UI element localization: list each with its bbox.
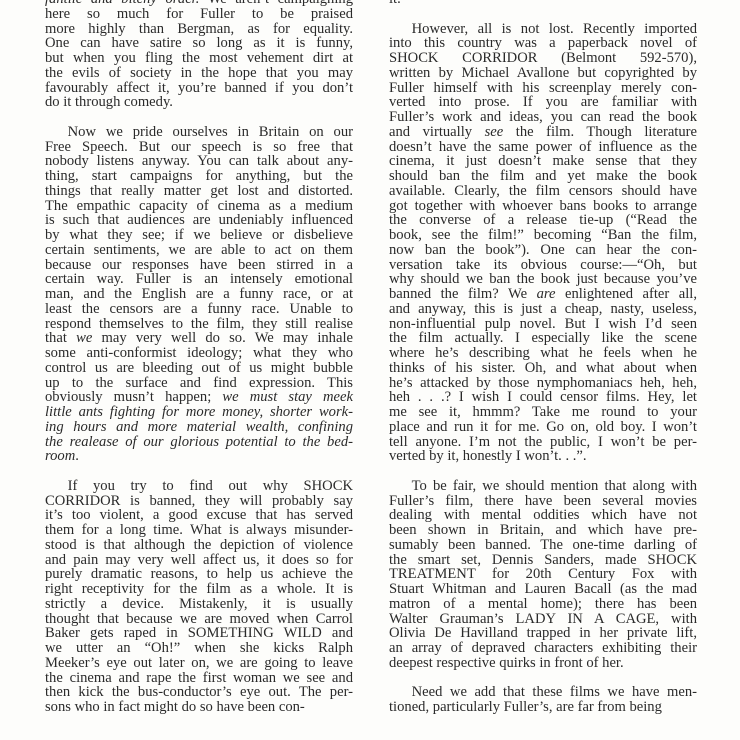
text-line: favourably affect it, you’re banned if y… bbox=[45, 81, 353, 96]
text-line: been shown in Britain, and which have pr… bbox=[389, 523, 697, 538]
text-line: dealing with mental oddities which have … bbox=[389, 508, 697, 523]
text-line: matron of a mental home); there has been bbox=[389, 597, 697, 612]
text-run: the smart set, Dennis Sanders, made SHOC… bbox=[389, 552, 697, 568]
text-line: and virtually see the film. Though liter… bbox=[389, 125, 697, 140]
text-run: why should we ban the book just because … bbox=[389, 271, 697, 287]
text-run: One can have satire so long as it is fun… bbox=[45, 35, 353, 51]
text-run: Now we pride ourselves in Britain on our bbox=[68, 124, 353, 140]
text-run: the cinema and rape the first woman we s… bbox=[45, 670, 353, 686]
text-run: However, all is not lost. Recently impor… bbox=[412, 21, 697, 37]
text-line: Need we add that these films we have men… bbox=[389, 685, 697, 700]
text-run: should ban the film and yet make the boo… bbox=[389, 168, 697, 184]
text-run: thought that because we are moved when C… bbox=[45, 611, 353, 627]
text-line: the realease of our glorious potential t… bbox=[45, 435, 353, 450]
text-run: verted by it, honestly I won’t. . .”. bbox=[389, 448, 587, 464]
text-run: he’s attacked by those nymphomaniacs heh… bbox=[389, 375, 697, 391]
text-line: tioned, particularly Fuller’s, are far f… bbox=[389, 700, 697, 715]
paragraph-p5: However, all is not lost. Recently impor… bbox=[389, 22, 697, 465]
text-line: Fuller’s work and ideas, you can read th… bbox=[389, 110, 697, 125]
text-run: If you try to find out why SHOCK bbox=[68, 478, 353, 494]
text-run: obviously musn’t happen; bbox=[45, 389, 222, 405]
text-line: some anti-conformist ideology; what they… bbox=[45, 346, 353, 361]
text-run: up to the surface and find expression. T… bbox=[45, 375, 353, 391]
text-line: the converse of a release tie-up (“Read … bbox=[389, 213, 697, 228]
text-run: CORRIDOR is banned, they will probably s… bbox=[45, 493, 353, 509]
text-line: purely dramatic reasons, to help us achi… bbox=[45, 567, 353, 582]
text-line: stood is that although the depiction of … bbox=[45, 538, 353, 553]
text-line: thinks of his sister. Oh, and what about… bbox=[389, 361, 697, 376]
text-run: nobody listens anyway. You can talk abou… bbox=[45, 153, 353, 169]
text-run: Free Speech. But our speech is so free t… bbox=[45, 139, 353, 155]
text-run: things that really matter get lost and d… bbox=[45, 183, 353, 199]
text-line: certain way. Fuller is an intensely emot… bbox=[45, 272, 353, 287]
text-line: banned the film? We are enlightened afte… bbox=[389, 287, 697, 302]
text-run: some anti-conformist ideology; what they… bbox=[45, 345, 353, 361]
text-line: Now we pride ourselves in Britain on our bbox=[45, 125, 353, 140]
text-run: Walter Grauman’s LADY IN A CAGE, with bbox=[389, 611, 697, 627]
text-run: sumably been banned. The one-time darlin… bbox=[389, 537, 697, 553]
text-line: Baker gets raped in SOMETHING WILD and bbox=[45, 626, 353, 641]
text-run: deepest respective quirks in front of he… bbox=[389, 655, 624, 671]
text-run: Fuller himself with his screenplay merel… bbox=[389, 80, 697, 96]
text-run: into this country was a paperback novel … bbox=[389, 35, 697, 51]
text-run: versation take its obvious course:—“Oh, … bbox=[389, 257, 697, 273]
paragraph-gap bbox=[389, 7, 697, 22]
text-run: do it through comedy. bbox=[45, 94, 173, 110]
text-line: sons who in fact might do so have been c… bbox=[45, 700, 353, 715]
text-line: the smart set, Dennis Sanders, made SHOC… bbox=[389, 553, 697, 568]
text-run: me see it, hmmm? Take me round to your bbox=[389, 404, 697, 420]
text-line: right receptivity for the film as a whol… bbox=[45, 582, 353, 597]
paragraph-p2: Now we pride ourselves in Britain on our… bbox=[45, 125, 353, 464]
text-line: Walter Grauman’s LADY IN A CAGE, with bbox=[389, 612, 697, 627]
italic-text: we bbox=[76, 330, 92, 346]
italic-text: ing hours and more material wealth, conf… bbox=[45, 419, 353, 435]
text-line: more highly than Bergman, as for equalit… bbox=[45, 22, 353, 37]
paragraph-gap bbox=[389, 671, 697, 686]
text-run: Olivia De Havilland trapped in her priva… bbox=[389, 625, 697, 641]
text-line: little ants fighting for more money, sho… bbox=[45, 405, 353, 420]
text-line: room. bbox=[45, 449, 353, 464]
text-line: thought that because we are moved when C… bbox=[45, 612, 353, 627]
text-line: me see it, hmmm? Take me round to your bbox=[389, 405, 697, 420]
text-line: deepest respective quirks in front of he… bbox=[389, 656, 697, 671]
paragraph-gap bbox=[45, 110, 353, 125]
text-line: cinema, it just doesn’t make sense that … bbox=[389, 154, 697, 169]
text-run: the evils of society in the hope that yo… bbox=[45, 65, 353, 81]
text-run: place and run it for me. Go on, old boy.… bbox=[389, 419, 697, 435]
text-line: non-influential pulp novel. But I wish I… bbox=[389, 317, 697, 332]
text-line: respond themselves to the film, they sti… bbox=[45, 317, 353, 332]
text-run: heh . . .? I wish I could censor films. … bbox=[389, 389, 697, 405]
text-run: the converse of a release tie-up (“Read … bbox=[389, 212, 697, 228]
text-line: doesn’t have the same power of influence… bbox=[389, 140, 697, 155]
text-run: more highly than Bergman, as for equalit… bbox=[45, 21, 353, 37]
text-line: nobody listens anyway. You can talk abou… bbox=[45, 154, 353, 169]
text-run: purely dramatic reasons, to help us achi… bbox=[45, 566, 353, 582]
text-run: where he’s describing what he feels when… bbox=[389, 345, 697, 361]
text-run: Baker gets raped in SOMETHING WILD and bbox=[45, 625, 353, 641]
text-line: To be fair, we should mention that along… bbox=[389, 479, 697, 494]
text-line: versation take its obvious course:—“Oh, … bbox=[389, 258, 697, 273]
text-run: enlightened after all, bbox=[555, 286, 697, 302]
text-line: should ban the film and yet make the boo… bbox=[389, 169, 697, 184]
text-line: Free Speech. But our speech is so free t… bbox=[45, 140, 353, 155]
text-run: . bbox=[75, 448, 79, 464]
text-run: that bbox=[45, 330, 76, 346]
text-run: tioned, particularly Fuller’s, are far f… bbox=[389, 699, 662, 715]
text-run: cinema, it just doesn’t make sense that … bbox=[389, 153, 697, 169]
text-run: and anyway, this is just a cheap, nasty,… bbox=[389, 301, 697, 317]
paragraph-p1: fantile and bitchy order. We aren’t camp… bbox=[45, 0, 353, 110]
text-run: written by Michael Avallone but copyrigh… bbox=[389, 65, 697, 81]
text-run: doesn’t have the same power of influence… bbox=[389, 139, 697, 155]
text-run: an array of depraved characters exhibiti… bbox=[389, 640, 697, 656]
text-run: Need we add that these films we have men… bbox=[412, 684, 697, 700]
text-run: book, see the film!” becoming “Ban the f… bbox=[389, 227, 697, 243]
text-run: Fuller’s film, there have been several m… bbox=[389, 493, 697, 509]
text-run: Fuller’s work and ideas, you can read th… bbox=[389, 109, 697, 125]
text-line: because our responses have been stirred … bbox=[45, 258, 353, 273]
text-line: up to the surface and find expression. T… bbox=[45, 376, 353, 391]
paragraph-p3: If you try to find out why SHOCKCORRIDOR… bbox=[45, 479, 353, 715]
text-line: is such that audiences are undeniably in… bbox=[45, 213, 353, 228]
text-line: obviously musn’t happen; we must stay me… bbox=[45, 390, 353, 405]
text-run: but when you fling the most vehement dir… bbox=[45, 50, 353, 66]
text-line: he’s attacked by those nymphomaniacs heh… bbox=[389, 376, 697, 391]
text-line: heh . . .? I wish I could censor films. … bbox=[389, 390, 697, 405]
text-run: Stuart Whitman and Lauren Bacall (as the… bbox=[389, 581, 697, 597]
text-line: place and run it for me. Go on, old boy.… bbox=[389, 420, 697, 435]
text-run: been shown in Britain, and which have pr… bbox=[389, 522, 697, 538]
text-line: do it through comedy. bbox=[45, 95, 353, 110]
text-line: but when you fling the most vehement dir… bbox=[45, 51, 353, 66]
text-line: Meeker’s eye out later on, we are going … bbox=[45, 656, 353, 671]
paragraph-p4: it. bbox=[389, 0, 697, 7]
text-run: then kick the bus-conductor’s eye out. T… bbox=[45, 684, 353, 700]
text-line: verted by it, honestly I won’t. . .”. bbox=[389, 449, 697, 464]
text-run: the film. Though literature bbox=[503, 124, 697, 140]
text-line: ing hours and more material wealth, conf… bbox=[45, 420, 353, 435]
text-line: the evils of society in the hope that yo… bbox=[45, 66, 353, 81]
text-run: available. Clearly, the film censors sho… bbox=[389, 183, 697, 199]
right-text-column: it.However, all is not lost. Recently im… bbox=[389, 0, 697, 715]
text-line: least the censors are a funny race. Unab… bbox=[45, 302, 353, 317]
text-line: an array of depraved characters exhibiti… bbox=[389, 641, 697, 656]
text-line: why should we ban the book just because … bbox=[389, 272, 697, 287]
text-run: dealing with mental oddities which have … bbox=[389, 507, 697, 523]
text-line: Fuller’s film, there have been several m… bbox=[389, 494, 697, 509]
italic-text: see bbox=[485, 124, 504, 140]
text-run: SHOCK CORRIDOR (Belmont 592-570), bbox=[389, 50, 697, 66]
text-run: got together with whoever bans books to … bbox=[389, 198, 697, 214]
italic-text: are bbox=[537, 286, 556, 302]
text-run: and pain may very well affect us, it doe… bbox=[45, 552, 353, 568]
text-run: thinks of his sister. Oh, and what about… bbox=[389, 360, 697, 376]
text-run: favourably affect it, you’re banned if y… bbox=[45, 80, 353, 96]
text-line: Stuart Whitman and Lauren Bacall (as the… bbox=[389, 582, 697, 597]
text-line: the film actually. I especially like the… bbox=[389, 331, 697, 346]
text-line: things that really matter get lost and d… bbox=[45, 184, 353, 199]
text-line: then kick the bus-conductor’s eye out. T… bbox=[45, 685, 353, 700]
text-run: sons who in fact might do so have been c… bbox=[45, 699, 305, 715]
text-run: right receptivity for the film as a whol… bbox=[45, 581, 353, 597]
paragraph-p7: Need we add that these films we have men… bbox=[389, 685, 697, 715]
text-line: certain sentiments, we are able to act o… bbox=[45, 243, 353, 258]
text-run: may very well do so. We may inhale bbox=[92, 330, 353, 346]
text-line: it’s too violent, a good excuse that has… bbox=[45, 508, 353, 523]
text-run: To be fair, we should mention that along… bbox=[412, 478, 697, 494]
text-run: Meeker’s eye out later on, we are going … bbox=[45, 655, 353, 671]
text-line: However, all is not lost. Recently impor… bbox=[389, 22, 697, 37]
text-line: that we may very well do so. We may inha… bbox=[45, 331, 353, 346]
text-line: into this country was a paperback novel … bbox=[389, 36, 697, 51]
italic-text: room bbox=[45, 448, 75, 464]
text-line: Olivia De Havilland trapped in her priva… bbox=[389, 626, 697, 641]
text-run: matron of a mental home); there has been bbox=[389, 596, 697, 612]
text-line: control us are bleeding out of us might … bbox=[45, 361, 353, 376]
text-line: written by Michael Avallone but copyrigh… bbox=[389, 66, 697, 81]
text-line: here so much for Fuller to be praised bbox=[45, 7, 353, 22]
text-run: respond themselves to the film, they sti… bbox=[45, 316, 353, 332]
text-run: here so much for Fuller to be praised bbox=[45, 6, 353, 22]
text-run: certain sentiments, we are able to act o… bbox=[45, 242, 353, 258]
text-run: man, and the English are a funny race, o… bbox=[45, 286, 353, 302]
text-line: verted into prose. If you are familiar w… bbox=[389, 95, 697, 110]
text-line: them for a long time. What is always mis… bbox=[45, 523, 353, 538]
text-run: because our responses have been stirred … bbox=[45, 257, 353, 273]
text-line: sumably been banned. The one-time darlin… bbox=[389, 538, 697, 553]
text-run: TREATMENT for 20th Century Fox with bbox=[389, 566, 697, 582]
text-run: by what they see; if we believe or disbe… bbox=[45, 227, 353, 243]
text-run: the film actually. I especially like the… bbox=[389, 330, 697, 346]
text-run: we utter an “Oh!” when she kicks Ralph bbox=[45, 640, 353, 656]
paragraph-gap bbox=[389, 464, 697, 479]
text-run: strictly a device. Mistakenly, it is usu… bbox=[45, 596, 353, 612]
text-line: strictly a device. Mistakenly, it is usu… bbox=[45, 597, 353, 612]
text-run: it. bbox=[389, 0, 401, 7]
text-run: certain way. Fuller is an intensely emot… bbox=[45, 271, 353, 287]
text-run: banned the film? We bbox=[389, 286, 537, 302]
text-line: we utter an “Oh!” when she kicks Ralph bbox=[45, 641, 353, 656]
text-line: by what they see; if we believe or disbe… bbox=[45, 228, 353, 243]
text-line: where he’s describing what he feels when… bbox=[389, 346, 697, 361]
text-run: non-influential pulp novel. But I wish I… bbox=[389, 316, 697, 332]
text-run: control us are bleeding out of us might … bbox=[45, 360, 353, 376]
text-run: and virtually bbox=[389, 124, 485, 140]
text-run: least the censors are a funny race. Unab… bbox=[45, 301, 353, 317]
text-line: available. Clearly, the film censors sho… bbox=[389, 184, 697, 199]
text-line: SHOCK CORRIDOR (Belmont 592-570), bbox=[389, 51, 697, 66]
text-line: book, see the film!” becoming “Ban the f… bbox=[389, 228, 697, 243]
paragraph-p6: To be fair, we should mention that along… bbox=[389, 479, 697, 671]
text-line: tell anyone. I’m not the public, I won’t… bbox=[389, 435, 697, 450]
text-run: is such that audiences are undeniably in… bbox=[45, 212, 353, 228]
text-line: and anyway, this is just a cheap, nasty,… bbox=[389, 302, 697, 317]
text-line: the cinema and rape the first woman we s… bbox=[45, 671, 353, 686]
left-text-column: fantile and bitchy order. We aren’t camp… bbox=[45, 0, 353, 715]
text-line: and pain may very well affect us, it doe… bbox=[45, 553, 353, 568]
text-line: thing, start campaigns for anything, but… bbox=[45, 169, 353, 184]
paragraph-gap bbox=[45, 464, 353, 479]
text-run: verted into prose. If you are familiar w… bbox=[389, 94, 697, 110]
text-line: One can have satire so long as it is fun… bbox=[45, 36, 353, 51]
italic-text: the realease of our glorious potential t… bbox=[45, 434, 353, 450]
text-line: now ban the book”). One can hear the con… bbox=[389, 243, 697, 258]
text-run: tell anyone. I’m not the public, I won’t… bbox=[389, 434, 697, 450]
text-run: it’s too violent, a good excuse that has… bbox=[45, 507, 353, 523]
text-run: thing, start campaigns for anything, but… bbox=[45, 168, 353, 184]
text-line: TREATMENT for 20th Century Fox with bbox=[389, 567, 697, 582]
text-run: The empathic capacity of cinema as a med… bbox=[45, 198, 353, 214]
text-line: it. bbox=[389, 0, 697, 7]
text-line: Fuller himself with his screenplay merel… bbox=[389, 81, 697, 96]
text-run: stood is that although the depiction of … bbox=[45, 537, 353, 553]
text-line: got together with whoever bans books to … bbox=[389, 199, 697, 214]
text-line: man, and the English are a funny race, o… bbox=[45, 287, 353, 302]
text-run: them for a long time. What is always mis… bbox=[45, 522, 353, 538]
text-run: now ban the book”). One can hear the con… bbox=[389, 242, 697, 258]
text-line: The empathic capacity of cinema as a med… bbox=[45, 199, 353, 214]
italic-text: little ants fighting for more money, sho… bbox=[45, 404, 353, 420]
text-line: If you try to find out why SHOCK bbox=[45, 479, 353, 494]
text-line: CORRIDOR is banned, they will probably s… bbox=[45, 494, 353, 509]
italic-text: we must stay meek bbox=[222, 389, 353, 405]
